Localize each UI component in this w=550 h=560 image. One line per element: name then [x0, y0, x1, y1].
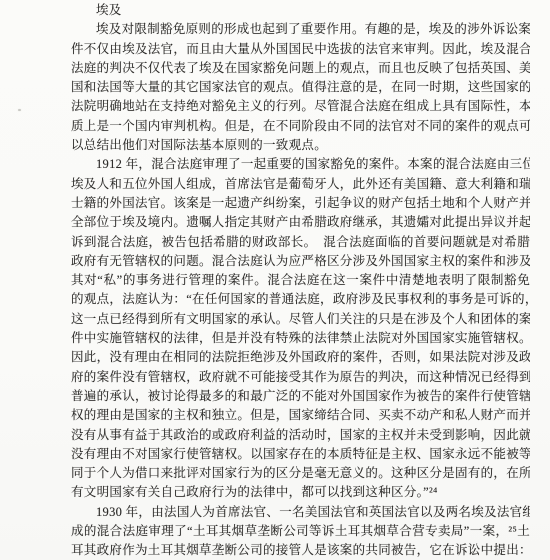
scanned-page: 埃及埃及对限制豁免原则的形成也起到了重要作用。有趣的是，埃及的涉外诉讼案件不仅由…: [0, 0, 550, 560]
para-heading-egypt: 埃及: [71, 1, 530, 20]
text-line: 国和法国等大量的其它国家法官的观点。值得注意的是，在同一时期，这些国家的: [71, 78, 530, 97]
text-line: 件中实施管辖权的法律，但是并没有特殊的法律禁止法院对外国国家实施管辖权。: [71, 329, 530, 348]
text-line: 没有从事有益于其政治的或政府利益的活动时，国家的主权并未受到影响，因此就: [71, 426, 530, 445]
text-line: 政府有无管辖权的问题。混合法庭认为应严格区分涉及外国国家主权的案件和涉及: [71, 252, 530, 271]
text-line: 没有理由不对国家行使管辖权。以国家存在的本质特征是主权、国家永远不能被等: [71, 445, 530, 464]
text-line: 诉到混合法庭，被告包括希腊的财政部长。 混合法庭面临的首要问题就是对希腊: [71, 233, 530, 252]
text-line: 耳其政府作为土耳其烟草垄断公司的接管人是该案的共同被告，它在诉讼中提出：: [71, 541, 530, 560]
text-line: 同于个人为借口来批评对国家行为的区分是毫无意义的。这种区分是固有的，在所: [71, 464, 530, 483]
para-1912-case: 1912 年，混合法庭审理了一起重要的国家豁免的案件。本案的混合法庭由三位埃及人…: [71, 155, 530, 502]
text-line: 质上是一个国内审判机构。但是，在不同阶段由不同的法官对不同的案件的观点可: [71, 117, 530, 136]
text-line: 埃及人和五位外国人组成，首席法官是葡萄牙人，此外还有美国籍、意大利籍和瑞: [71, 175, 530, 194]
text-line: 府的案件没有管辖权，政府就不可能接受其作为原告的判决，而这种情况已经得到: [71, 368, 530, 387]
text-line: 全部位于埃及境内。遗嘱人指定其财产由希腊政府继承，其遗孀对此提出异议并起: [71, 213, 530, 232]
para-egypt-contribution: 埃及对限制豁免原则的形成也起到了重要作用。有趣的是，埃及的涉外诉讼案件不仅由埃及…: [71, 20, 530, 155]
text-line: 这一点已经得到所有文明国家的承认。尽管人们关注的只是在涉及个人和团体的案: [71, 310, 530, 329]
text-line: 普遍的承认，被讨论得最多的和最广泛的不能对外国国家作为被告的案件行使管辖: [71, 387, 530, 406]
text-line: 士籍的外国法官。该案是一起遗产纠纷案，引起争议的财产包括土地和个人财产并: [71, 194, 530, 213]
text-line: 埃及对限制豁免原则的形成也起到了重要作用。有趣的是，埃及的涉外诉讼案: [71, 20, 530, 39]
text-line: 的观点，法庭认为：“在任何国家的普通法庭，政府涉及民事权利的事务是可诉的，: [71, 290, 530, 309]
text-line: 法庭的判决不仅代表了埃及在国家豁免问题上的观点，而且也反映了包括英国、美: [71, 59, 530, 78]
text-line: 其对“私”的事务进行管理的案件。混合法庭在这一案件中清楚地表明了限制豁免: [71, 271, 530, 290]
scan-artifact-speck: [18, 109, 21, 111]
text-line: 以总结出他们对国际法基本原则的一致观点。: [71, 136, 530, 155]
page-text: 埃及埃及对限制豁免原则的形成也起到了重要作用。有趣的是，埃及的涉外诉讼案件不仅由…: [71, 1, 530, 560]
text-line: 成的混合法庭审理了“土耳其烟草垄断公司等诉土耳其烟草合营专卖局”一案，²⁵土: [71, 522, 530, 541]
text-line: 1930 年，由法国人为首席法官、一名美国法官和英国法官以及两名埃及法官组: [71, 503, 530, 522]
text-line: 件不仅由埃及法官，而且由大量从外国国民中选拔的法官来审判。因此，埃及混合: [71, 40, 530, 59]
text-line: 1912 年，混合法庭审理了一起重要的国家豁免的案件。本案的混合法庭由三位: [71, 155, 530, 174]
text-line: 权的理由是国家的主权和独立。但是，国家缔结合同、买卖不动产和私人财产而并: [71, 406, 530, 425]
text-line: 法院明确地站在支持绝对豁免主义的行列。尽管混合法庭在组成上具有国际性，本: [71, 97, 530, 116]
text-line: 因此，没有理由在相同的法院拒绝涉及外国政府的案件，否则，如果法院对涉及政: [71, 348, 530, 367]
para-1930-case: 1930 年，由法国人为首席法官、一名美国法官和英国法官以及两名埃及法官组成的混…: [71, 503, 530, 560]
text-line: 有文明国家有关自己政府行为的法律中，都可以找到这种区分。”²⁴: [71, 483, 530, 502]
text-line: 埃及: [71, 1, 530, 20]
